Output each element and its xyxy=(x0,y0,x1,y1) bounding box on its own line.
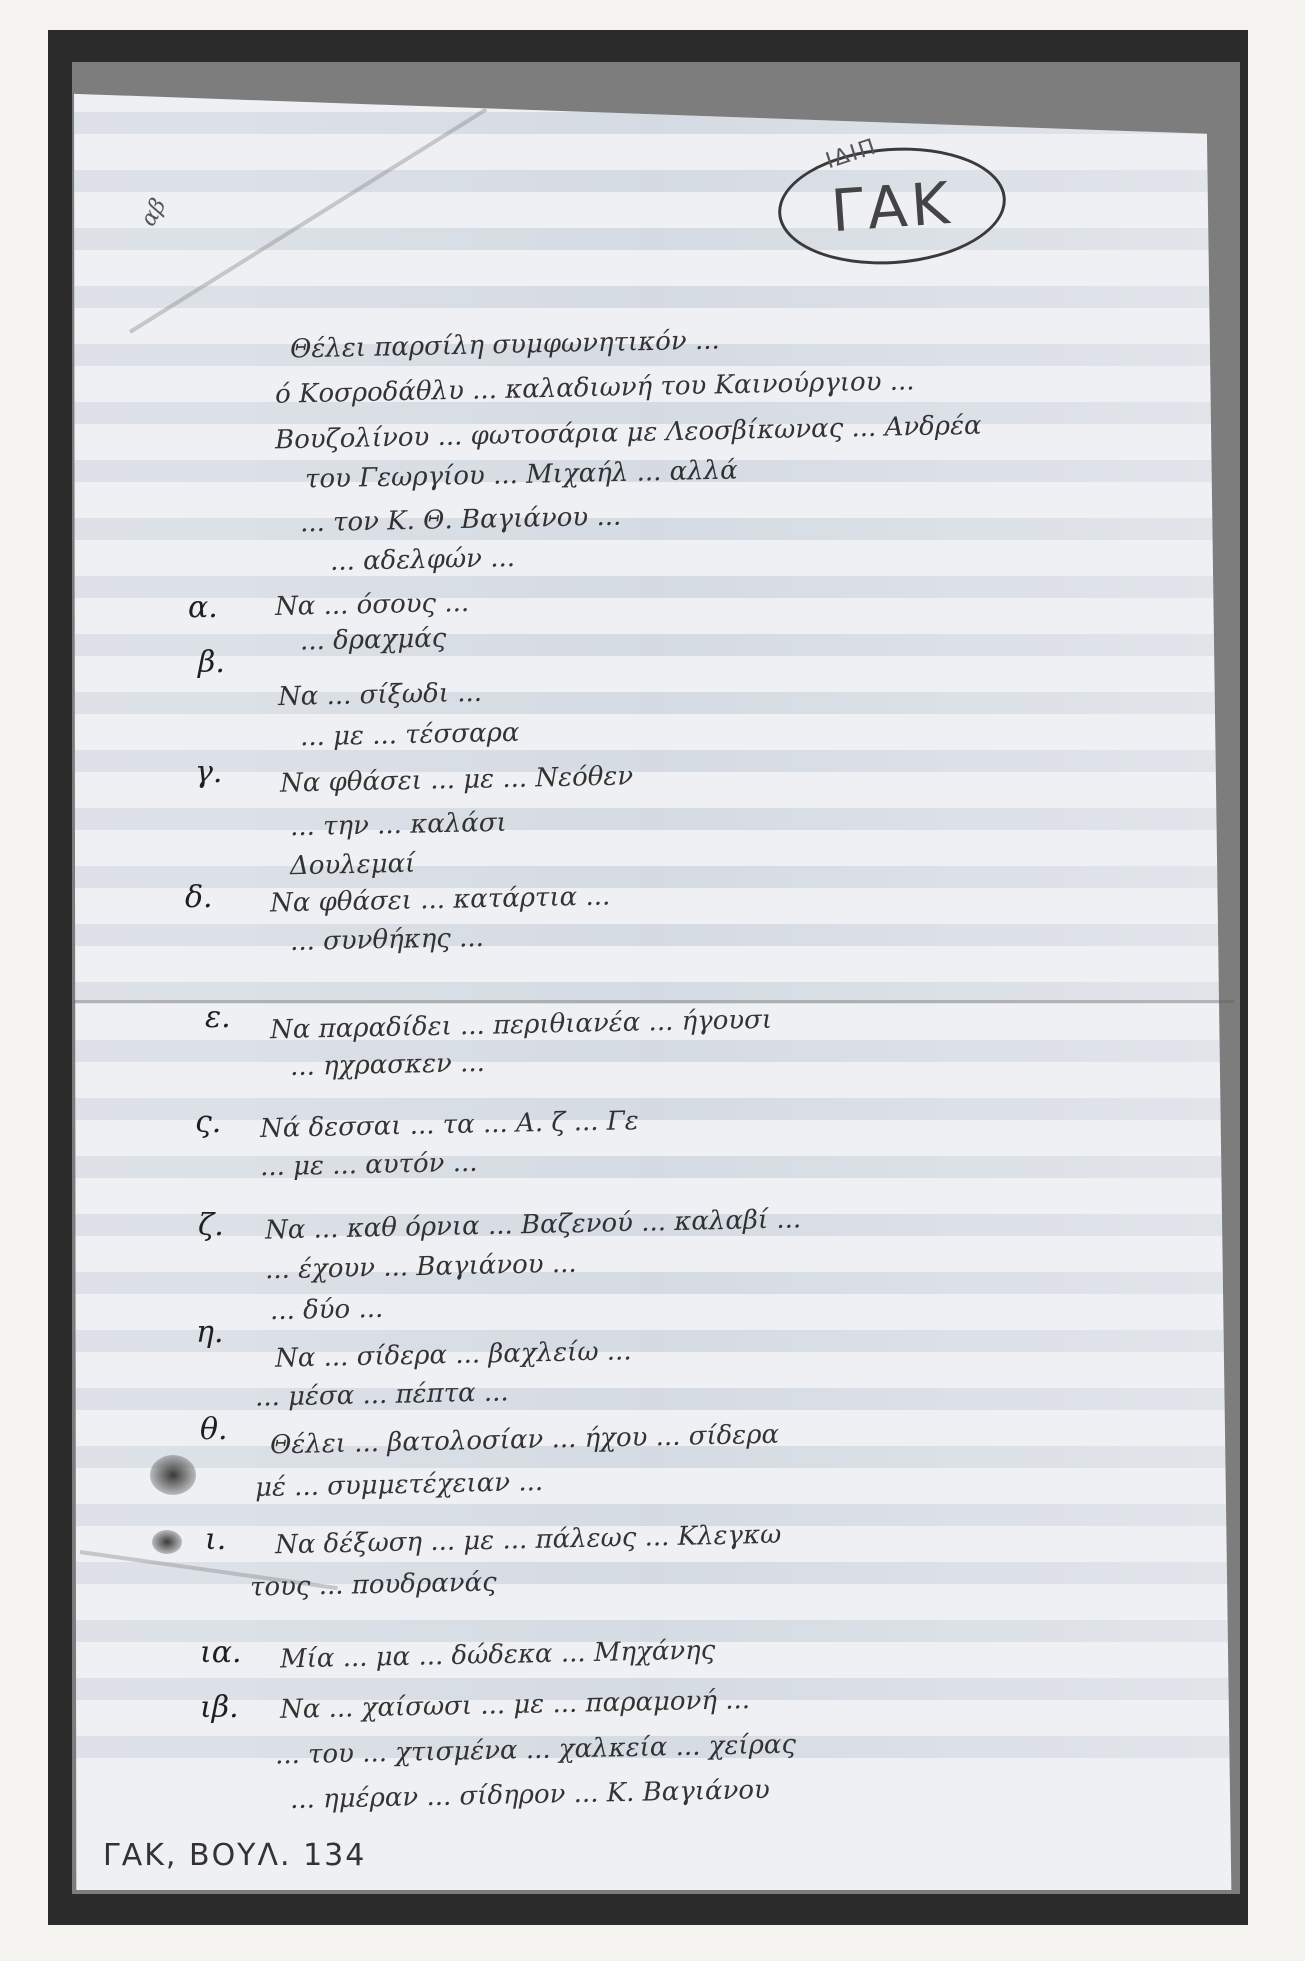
bleed-through-line xyxy=(74,228,1236,250)
item-number: γ. xyxy=(195,755,222,790)
item-number: δ. xyxy=(185,880,213,915)
item-number: β. xyxy=(198,645,225,680)
bleed-through-line xyxy=(74,692,1236,714)
item-number: ε. xyxy=(205,1000,231,1035)
handwritten-line: ... την ... καλάσι xyxy=(290,808,507,843)
bleed-through-line xyxy=(74,1388,1236,1410)
bleed-through-line xyxy=(74,1156,1236,1178)
handwritten-line: τους ... πουδρανάς xyxy=(250,1567,497,1602)
handwritten-line: Να ... σίξωδι ... xyxy=(278,678,483,712)
bleed-through-line xyxy=(74,1040,1236,1062)
handwritten-line: ... με ... αυτόν ... xyxy=(260,1148,478,1183)
bleed-through-line xyxy=(74,576,1236,598)
handwritten-line: ... δραχμάς xyxy=(300,623,447,656)
handwritten-line: ... μέσα ... πέπτα ... xyxy=(255,1377,509,1412)
bleed-through-line xyxy=(74,866,1236,888)
handwritten-line: ... με ... τέσσαρα xyxy=(300,718,520,753)
bleed-through-line xyxy=(74,1098,1236,1120)
handwritten-line: ... ηχρασκεν ... xyxy=(290,1048,485,1082)
handwritten-line: Δουλεμαί xyxy=(290,849,416,882)
item-number: ιβ. xyxy=(200,1690,239,1725)
bleed-through-line xyxy=(74,1330,1236,1352)
handwritten-line: μέ ... συμμετέχειαν ... xyxy=(255,1467,544,1503)
ink-blot xyxy=(150,1455,196,1495)
fold-line xyxy=(74,1000,1234,1003)
item-number: θ. xyxy=(200,1412,228,1447)
item-number: α. xyxy=(188,590,218,625)
bleed-through-line xyxy=(74,170,1236,192)
bleed-through-line xyxy=(74,286,1236,308)
bleed-through-line xyxy=(74,518,1236,540)
ink-blot xyxy=(152,1530,182,1554)
item-number: ι. xyxy=(205,1522,226,1557)
stamp-main-text: ΓΑΚ xyxy=(779,165,1005,248)
archive-reference-label: ΓΑΚ, ΒΟΥΛ. 134 xyxy=(103,1838,366,1873)
item-number: ια. xyxy=(200,1635,242,1670)
bleed-through-line xyxy=(74,924,1236,946)
handwritten-line: ... δύο ... xyxy=(270,1294,384,1326)
handwritten-line: Να ... όσους ... xyxy=(275,588,470,622)
item-number: ς. xyxy=(195,1105,221,1140)
handwritten-line: ... συνθήκης ... xyxy=(290,923,484,957)
item-number: ζ. xyxy=(198,1208,224,1243)
item-number: η. xyxy=(196,1315,224,1350)
bleed-through-line xyxy=(74,808,1236,830)
bleed-through-line xyxy=(74,634,1236,656)
handwritten-line: ... αδελφών ... xyxy=(330,543,516,577)
bleed-through-line xyxy=(74,750,1236,772)
bleed-through-line xyxy=(74,1272,1236,1294)
